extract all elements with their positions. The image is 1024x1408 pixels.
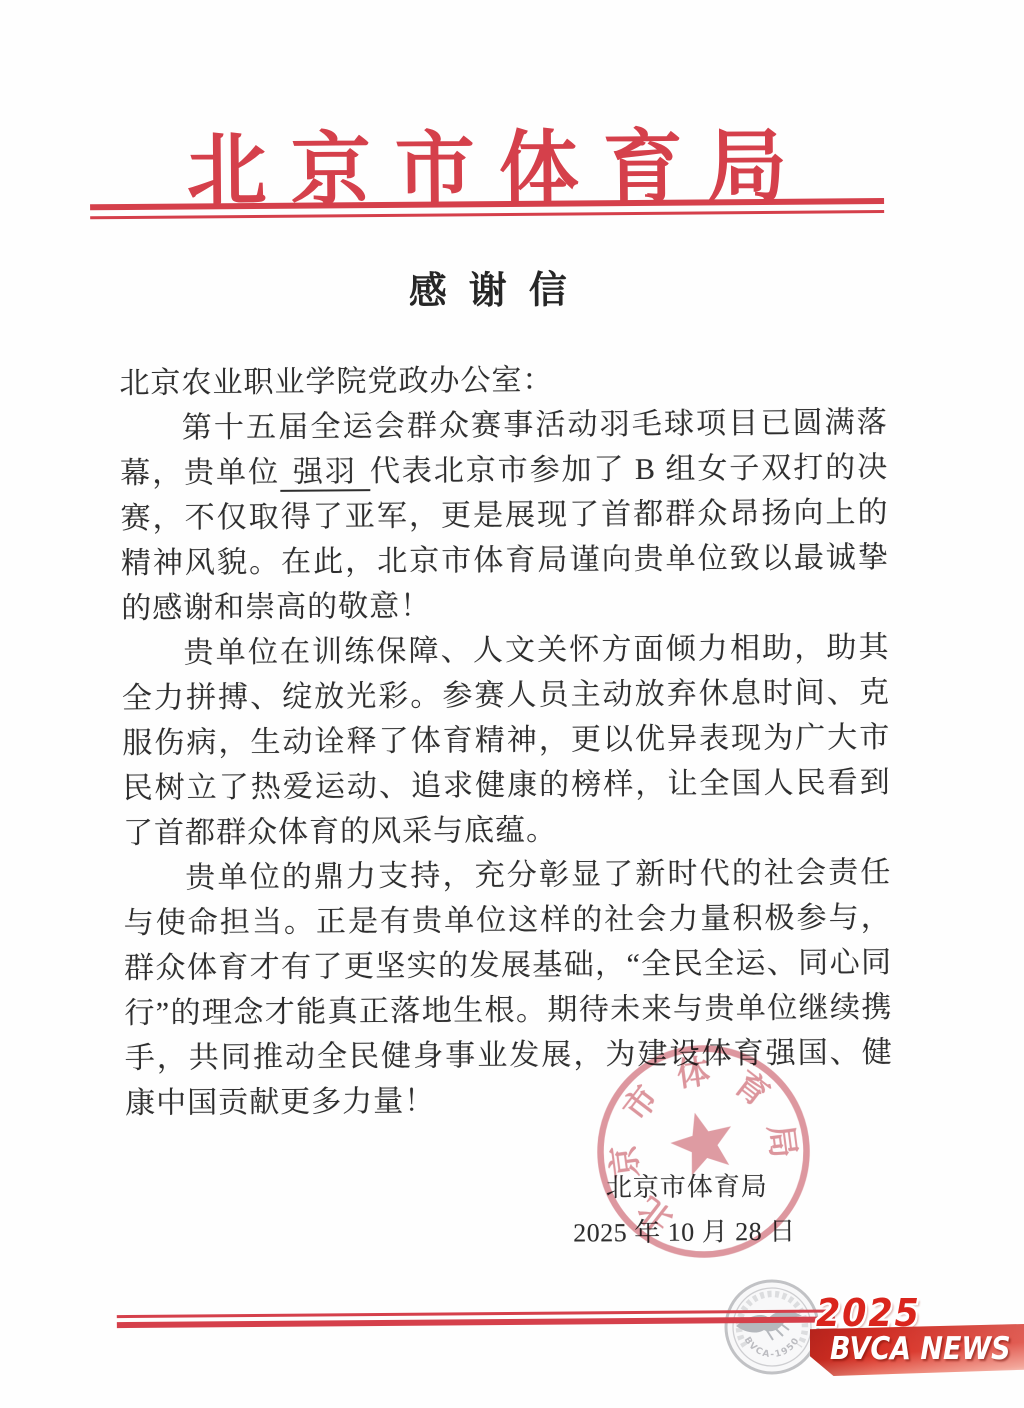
seal-char: 体: [675, 1053, 713, 1094]
letter-title: 感谢信: [91, 256, 885, 317]
letter-scan: 北京市体育局 感谢信 北京农业职业学院党政办公室： 第十五届全运会群众赛事活动羽…: [0, 0, 1024, 1408]
salutation: 北京农业职业学院党政办公室：: [119, 355, 887, 406]
scanned-letter-page: BVCA-1950 北京市体育局 感谢信 北京农业职业学院党政办公室： 第十五届…: [0, 0, 1024, 1408]
unit-name-underlined: 强羽: [280, 455, 370, 492]
seal-char: 京: [605, 1143, 646, 1181]
footer-rule-thick: [117, 1316, 835, 1327]
letter-body: 北京农业职业学院党政办公室： 第十五届全运会群众赛事活动羽毛球项目已圆满落幕，贵…: [119, 355, 893, 1126]
seal-char: 局: [761, 1123, 801, 1160]
seal-star-icon: [670, 1112, 731, 1175]
paragraph-2: 贵单位在训练保障、人文关怀方面倾力相助，助其全力拼搏、绽放光彩。参赛人员主动放弃…: [121, 625, 891, 856]
official-seal: 北 京 市 体 育 局: [583, 1033, 825, 1275]
paragraph-1: 第十五届全运会群众赛事活动羽毛球项目已圆满落幕，贵单位强羽代表北京市参加了 B …: [120, 400, 890, 631]
